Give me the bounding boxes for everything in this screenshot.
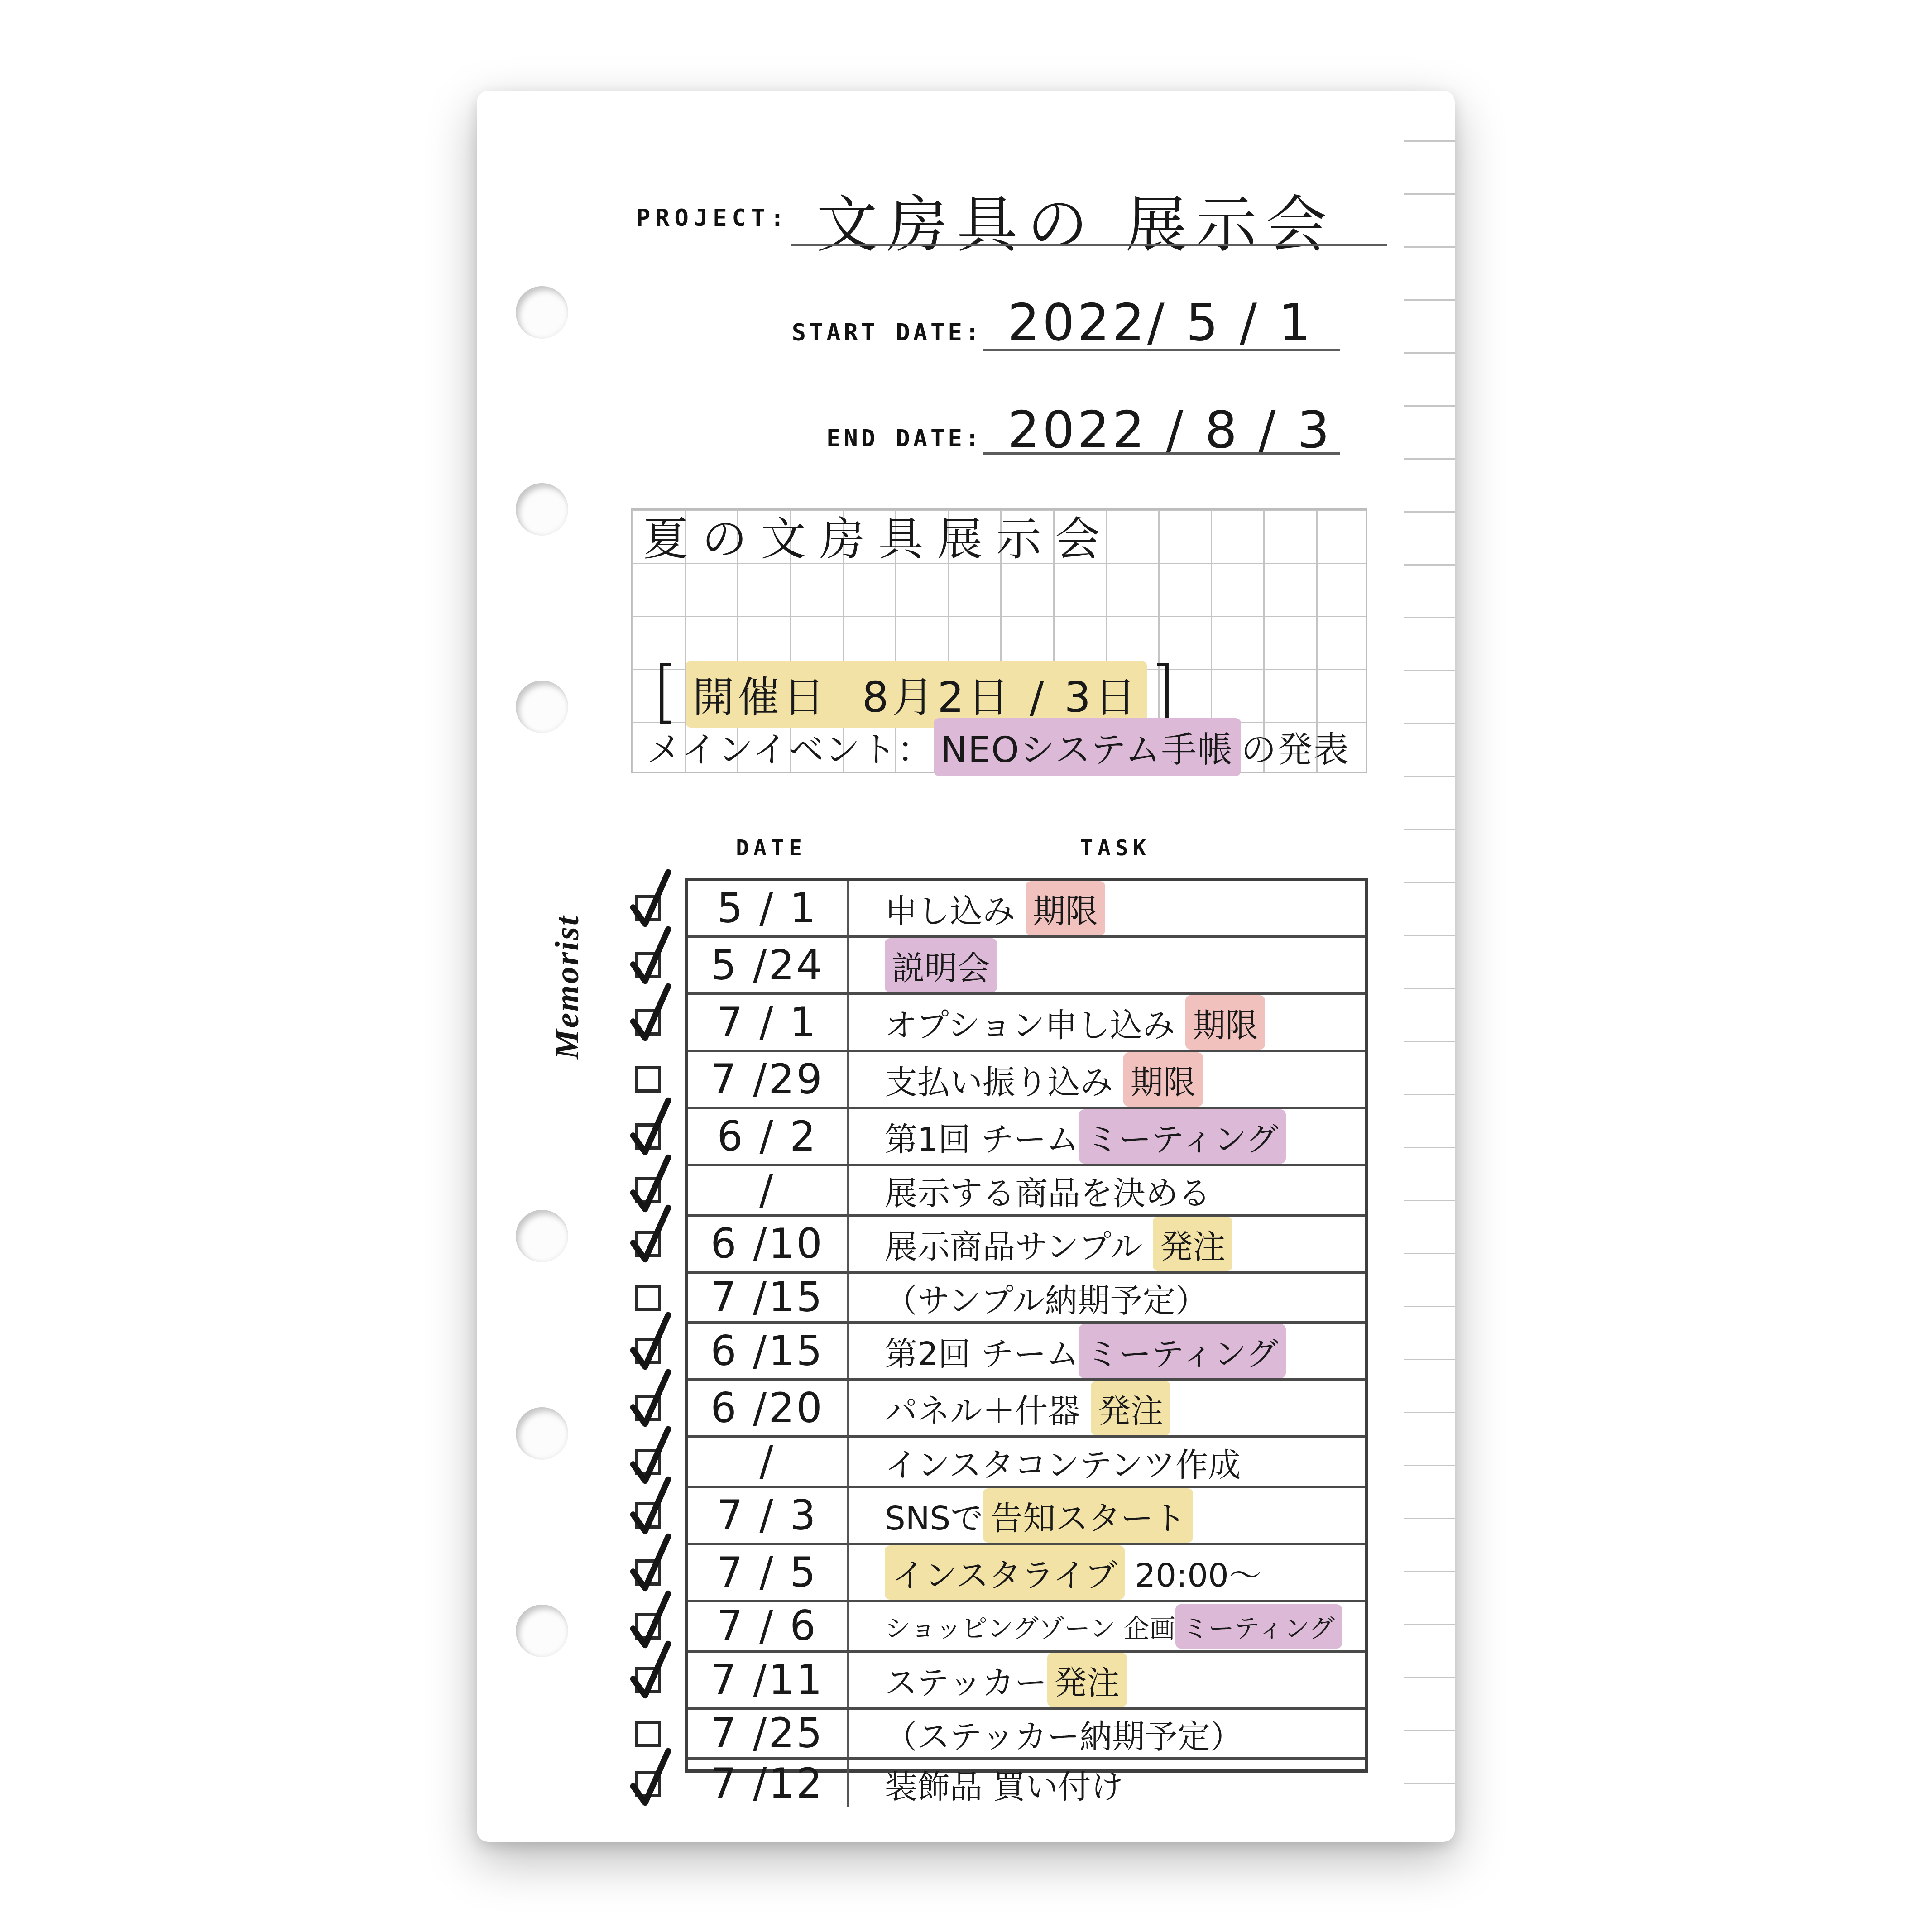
event-highlight: NEOシステム手帳	[934, 718, 1241, 776]
project-title: 文房具の 展示会	[816, 181, 1336, 258]
row-checkbox[interactable]	[635, 1009, 661, 1036]
photo-canvas: Memorist PROJECT: 文房具の 展示会 START DATE: 2…	[0, 0, 1932, 1932]
task-text: 支払い振り込み	[885, 1056, 1123, 1103]
row-date: 7 /29	[688, 1052, 849, 1107]
table-row: / 展示する商品を決める	[688, 1166, 1365, 1217]
table-row: 7 /12 装飾品 買い付け	[688, 1760, 1365, 1807]
binder-hole	[516, 1605, 568, 1657]
table-row: 7 /15 （サンプル納期予定）	[688, 1274, 1365, 1324]
task-table: 5 / 1 申し込み 期限 5 /24 説明会 7 / 1 オプション申し込み …	[685, 878, 1368, 1773]
close-bracket: ]	[1150, 657, 1180, 725]
row-task: 支払い振り込み 期限	[849, 1052, 1365, 1107]
open-bracket: [	[652, 657, 683, 725]
row-task: （ステッカー納期予定）	[849, 1710, 1365, 1757]
start-date-underline	[983, 349, 1340, 351]
schedule-highlight: 開催日 8月2日 / 3日	[686, 661, 1147, 728]
row-task: オプション申し込み 期限	[849, 995, 1365, 1050]
task-text: ショッピングゾーン 企画	[885, 1608, 1175, 1645]
task-text: インスタコンテンツ作成	[885, 1438, 1241, 1486]
table-row: 7 / 6 ショッピングゾーン 企画ミーティング	[688, 1602, 1365, 1653]
row-date: 6 /10	[688, 1217, 849, 1271]
task-highlight: 告知スタート	[983, 1488, 1193, 1543]
task-text: （サンプル納期予定）	[885, 1274, 1208, 1321]
task-highlight: インスタライブ	[885, 1545, 1125, 1600]
table-row: 6 /10 展示商品サンプル 発注	[688, 1217, 1365, 1274]
task-text: 展示商品サンプル	[885, 1220, 1153, 1267]
date-column-header: DATE	[721, 835, 821, 861]
row-checkbox[interactable]	[635, 1721, 661, 1747]
row-date: 7 / 1	[688, 995, 849, 1050]
task-text: 申し込み	[885, 885, 1026, 932]
task-text: ステッカー	[885, 1656, 1047, 1703]
task-highlight: ミーティング	[1175, 1604, 1342, 1649]
row-date: 7 /25	[688, 1710, 849, 1757]
row-date: /	[688, 1166, 849, 1214]
start-date-value: 2022/ 5 / 1	[1007, 293, 1314, 352]
project-label: PROJECT:	[636, 205, 789, 232]
planner-page: Memorist PROJECT: 文房具の 展示会 START DATE: 2…	[477, 91, 1455, 1842]
row-checkbox[interactable]	[635, 1502, 661, 1529]
binder-hole	[516, 1210, 568, 1262]
row-checkbox[interactable]	[635, 1559, 661, 1586]
task-text: 第1回 チーム	[885, 1113, 1079, 1160]
task-text: 20:00～	[1125, 1549, 1261, 1596]
row-date: 7 / 5	[688, 1545, 849, 1600]
row-date: 7 /15	[688, 1274, 849, 1321]
task-highlight: 期限	[1185, 995, 1265, 1050]
table-row: 5 / 1 申し込み 期限	[688, 881, 1365, 938]
row-checkbox[interactable]	[635, 1066, 661, 1093]
row-checkbox[interactable]	[635, 1395, 661, 1421]
table-row: 7 / 3 SNSで告知スタート	[688, 1488, 1365, 1545]
row-checkbox[interactable]	[635, 1449, 661, 1475]
row-date: 6 / 2	[688, 1109, 849, 1164]
table-row: 6 /20 パネル＋什器 発注	[688, 1381, 1365, 1438]
row-task: インスタコンテンツ作成	[849, 1438, 1365, 1486]
task-highlight: 期限	[1123, 1052, 1203, 1107]
binder-hole	[516, 286, 568, 339]
task-text: （ステッカー納期予定）	[885, 1710, 1243, 1757]
table-row: 7 /29 支払い振り込み 期限	[688, 1052, 1365, 1109]
row-date: 5 / 1	[688, 881, 849, 935]
end-date-value: 2022 / 8 / 3	[1007, 401, 1332, 460]
task-column-header: TASK	[1061, 835, 1170, 861]
row-date: 7 / 3	[688, 1488, 849, 1543]
task-highlight: 発注	[1153, 1217, 1232, 1271]
memo-event-line: メインイベント： NEOシステム手帳 の発表	[646, 720, 1350, 773]
task-highlight: 発注	[1047, 1653, 1127, 1707]
row-task: 第2回 チームミーティング	[849, 1324, 1365, 1378]
binder-hole	[516, 483, 568, 536]
row-task: 装飾品 買い付け	[849, 1760, 1365, 1807]
task-highlight: ミーティング	[1079, 1324, 1286, 1378]
binder-hole	[516, 681, 568, 733]
row-date: 7 /11	[688, 1653, 849, 1707]
table-row: 5 /24 説明会	[688, 938, 1365, 995]
task-highlight: ミーティング	[1079, 1109, 1286, 1164]
row-task: 展示する商品を決める	[849, 1166, 1365, 1214]
task-text: パネル＋什器	[885, 1385, 1091, 1432]
row-checkbox[interactable]	[635, 895, 661, 921]
table-row: 7 /11 ステッカー発注	[688, 1653, 1365, 1710]
binder-hole	[516, 1407, 568, 1460]
project-underline	[791, 244, 1387, 246]
task-highlight: 発注	[1091, 1381, 1170, 1435]
row-task: 説明会	[849, 938, 1365, 992]
task-text: オプション申し込み	[885, 999, 1185, 1046]
row-date: 5 /24	[688, 938, 849, 992]
task-text: 装飾品 買い付け	[885, 1760, 1123, 1807]
table-row: / インスタコンテンツ作成	[688, 1438, 1365, 1488]
row-task: SNSで告知スタート	[849, 1488, 1365, 1543]
row-date: /	[688, 1438, 849, 1486]
row-checkbox[interactable]	[635, 1231, 661, 1257]
memo-title-line: 夏の文房具展示会	[643, 508, 1114, 561]
row-checkbox[interactable]	[635, 1123, 661, 1150]
row-task: （サンプル納期予定）	[849, 1274, 1365, 1321]
memo-schedule-line: [ 開催日 8月2日 / 3日 ]	[650, 667, 1183, 720]
task-text: SNSで	[885, 1492, 983, 1539]
ruled-paper-edge	[1404, 140, 1455, 1835]
task-text: 展示する商品を決める	[885, 1167, 1211, 1214]
row-date: 7 / 6	[688, 1602, 849, 1650]
table-row: 7 / 5 インスタライブ 20:00～	[688, 1545, 1365, 1602]
row-checkbox[interactable]	[635, 1613, 661, 1640]
end-date-label: END DATE:	[730, 425, 983, 452]
brand-logo: Memorist	[548, 896, 589, 1078]
row-checkbox[interactable]	[635, 1667, 661, 1693]
row-task: インスタライブ 20:00～	[849, 1545, 1365, 1600]
row-checkbox[interactable]	[635, 952, 661, 978]
row-date: 6 /15	[688, 1324, 849, 1378]
row-checkbox[interactable]	[635, 1285, 661, 1311]
start-date-label: START DATE:	[730, 319, 983, 346]
row-task: パネル＋什器 発注	[849, 1381, 1365, 1435]
row-task: 第1回 チームミーティング	[849, 1109, 1365, 1164]
row-task: ステッカー発注	[849, 1653, 1365, 1707]
row-task: ショッピングゾーン 企画ミーティング	[849, 1602, 1365, 1650]
row-date: 6 /20	[688, 1381, 849, 1435]
end-date-underline	[983, 452, 1340, 455]
table-row: 7 /25 （ステッカー納期予定）	[688, 1710, 1365, 1760]
row-date: 7 /12	[688, 1760, 849, 1807]
task-text: 第2回 チーム	[885, 1328, 1079, 1375]
row-task: 展示商品サンプル 発注	[849, 1217, 1365, 1271]
table-row: 7 / 1 オプション申し込み 期限	[688, 995, 1365, 1052]
task-highlight: 期限	[1026, 881, 1105, 935]
table-row: 6 / 2 第1回 チームミーティング	[688, 1109, 1365, 1166]
event-text: の発表	[1241, 722, 1350, 772]
row-checkbox[interactable]	[635, 1771, 661, 1797]
row-task: 申し込み 期限	[849, 881, 1365, 935]
task-highlight: 説明会	[885, 938, 997, 992]
row-checkbox[interactable]	[635, 1177, 661, 1203]
row-checkbox[interactable]	[635, 1338, 661, 1364]
event-text: メインイベント：	[646, 722, 934, 772]
table-row: 6 /15 第2回 チームミーティング	[688, 1324, 1365, 1381]
